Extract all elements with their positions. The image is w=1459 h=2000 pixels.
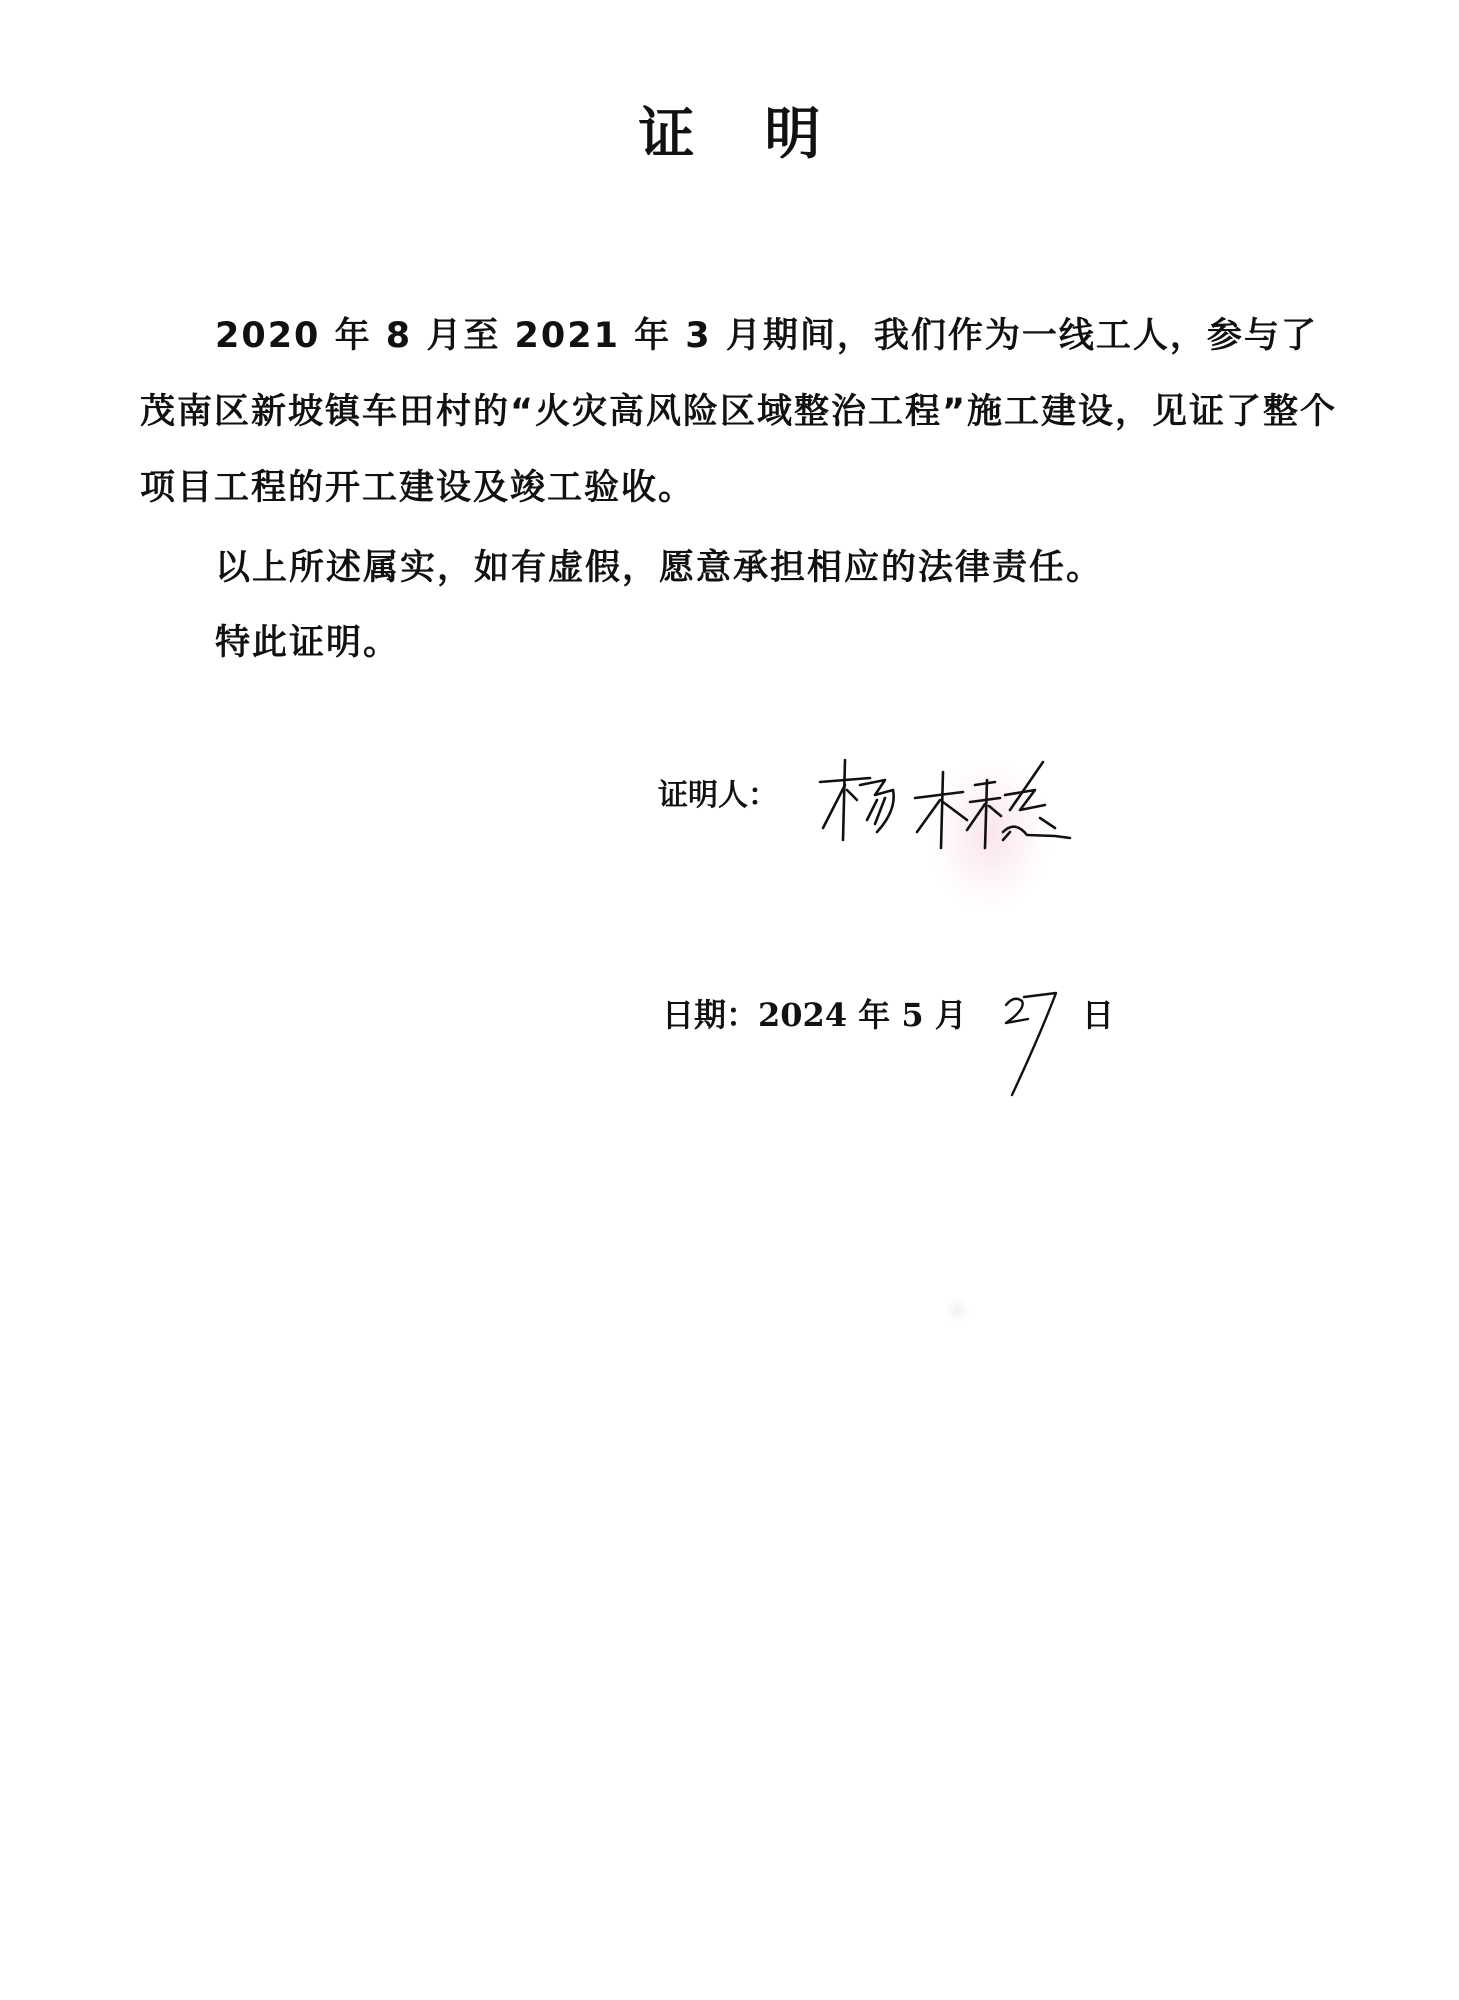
body-paragraph-declaration: 以上所述属实，如有虚假，愿意承担相应的法律责任。 xyxy=(215,540,1103,590)
date-month-unit: 月 xyxy=(924,996,967,1034)
date-year-unit: 年 xyxy=(847,996,901,1034)
body-paragraph-closing: 特此证明。 xyxy=(215,615,400,665)
signer-label: 证明人： xyxy=(658,770,778,814)
date-day-unit: 日 xyxy=(1082,990,1114,1036)
handwritten-day xyxy=(1000,985,1070,1109)
paper-smudge xyxy=(945,1298,970,1323)
date-year: 2024 xyxy=(758,996,847,1034)
date-line: 日期：2024 年 5 月 日 xyxy=(662,990,967,1036)
title-char-1: 证 xyxy=(639,90,695,170)
document-title: 证明 xyxy=(0,90,1459,170)
date-month: 5 xyxy=(901,996,923,1034)
date-label: 日期： xyxy=(662,996,758,1034)
handwritten-signature xyxy=(815,740,1085,864)
title-char-2: 明 xyxy=(765,90,821,170)
body-paragraph-statement: 2020 年 8 月至 2021 年 3 月期间，我们作为一线工人，参与了茂南区… xyxy=(140,298,1350,526)
